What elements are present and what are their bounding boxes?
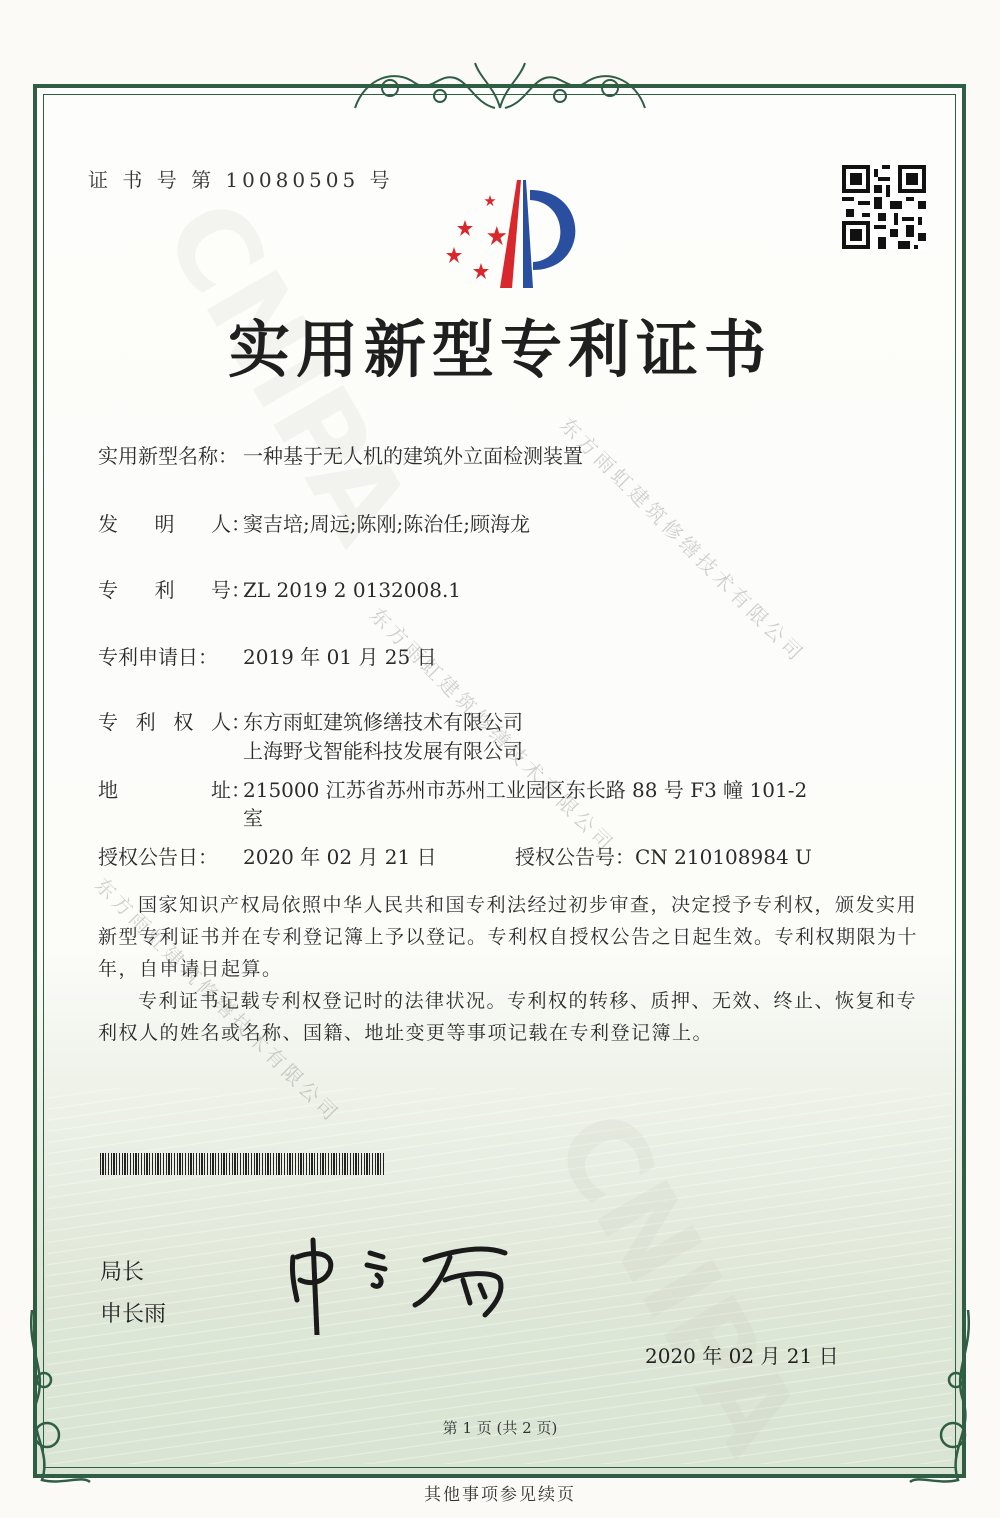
issue-date: 2020 年 02 月 21 日 xyxy=(645,1340,839,1369)
page-indicator: 第 1 页 (共 2 页) xyxy=(0,1417,1000,1438)
signature-icon xyxy=(285,1235,525,1335)
certificate-number: 证 书 号 第 10080505 号 xyxy=(88,164,394,193)
field-utility-model-name: 实用新型名称：一种基于无人机的建筑外立面检测装置 xyxy=(98,440,583,469)
statement-paragraph: 国家知识产权局依照中华人民共和国专利法经过初步审查，决定授予专利权，颁发实用新型… xyxy=(98,889,933,985)
field-filing-date: 专利申请日：2019 年 01 月 25 日 xyxy=(98,641,437,670)
field-label: 专 xyxy=(98,706,118,735)
field-value: 2020 年 02 月 21 日 xyxy=(243,841,437,870)
field-label: 地 xyxy=(98,774,118,803)
field-patentee: 专利权人：东方雨虹建筑修缮技术有限公司 xyxy=(98,706,523,735)
field-value: ZL 2019 2 0132008.1 xyxy=(243,578,461,602)
cnipa-logo-icon xyxy=(420,160,580,290)
field-label: 专 xyxy=(98,574,118,603)
field-address: 地址：215000 江苏省苏州市苏州工业园区东长路 88 号 F3 幢 101-… xyxy=(98,774,807,803)
field-label: 址 xyxy=(211,774,231,803)
field-label: 人 xyxy=(211,508,231,537)
field-label: 明 xyxy=(155,508,175,537)
field-value: 一种基于无人机的建筑外立面检测装置 xyxy=(243,440,583,469)
field-label: 号 xyxy=(211,574,231,603)
field-value: 215000 江苏省苏州市苏州工业园区东长路 88 号 F3 幢 101-2 xyxy=(243,774,807,803)
statement-paragraph: 专利证书记载专利权登记时的法律状况。专利权的转移、质押、无效、终止、恢复和专利权… xyxy=(98,985,933,1049)
field-value: 东方雨虹建筑修缮技术有限公司 xyxy=(243,706,523,735)
field-label: 专利申请日： xyxy=(98,641,243,670)
field-address-continued: 室 xyxy=(243,802,263,831)
corner-ornament-icon xyxy=(908,1310,978,1490)
page-title: 实用新型专利证书 xyxy=(0,300,1000,389)
top-ornament-icon xyxy=(345,58,655,114)
field-label: 利 xyxy=(136,706,156,735)
barcode-icon xyxy=(100,1153,385,1175)
field-patent-number: 专利号：ZL 2019 2 0132008.1 xyxy=(98,574,461,603)
field-value: 上海野戈智能科技发展有限公司 xyxy=(243,735,523,764)
field-label: 授权公告日： xyxy=(98,841,243,870)
field-value: 窦吉培;周远;陈刚;陈治任;顾海龙 xyxy=(243,508,530,537)
director-title: 局长 xyxy=(100,1255,144,1286)
field-grant-date: 授权公告日：2020 年 02 月 21 日 xyxy=(98,841,437,870)
field-value: 2019 年 01 月 25 日 xyxy=(243,641,437,670)
field-label: 实用新型名称： xyxy=(98,440,243,469)
footer-note: 其他事项参见续页 xyxy=(0,1480,1000,1505)
field-label: 人 xyxy=(211,706,231,735)
field-grant-number: 授权公告号：CN 210108984 U xyxy=(515,841,812,870)
field-label: 利 xyxy=(155,574,175,603)
director-name: 申长雨 xyxy=(100,1297,166,1328)
qr-code-icon xyxy=(842,165,926,249)
field-label: 发 xyxy=(98,508,118,537)
field-label: 权 xyxy=(173,706,193,735)
field-value: CN 210108984 U xyxy=(635,845,812,869)
field-label: 授权公告号： xyxy=(515,845,635,869)
field-inventors: 发明人：窦吉培;周远;陈刚;陈治任;顾海龙 xyxy=(98,508,530,537)
field-patentee-second: 上海野戈智能科技发展有限公司 xyxy=(243,735,523,764)
corner-ornament-icon xyxy=(22,1310,92,1490)
